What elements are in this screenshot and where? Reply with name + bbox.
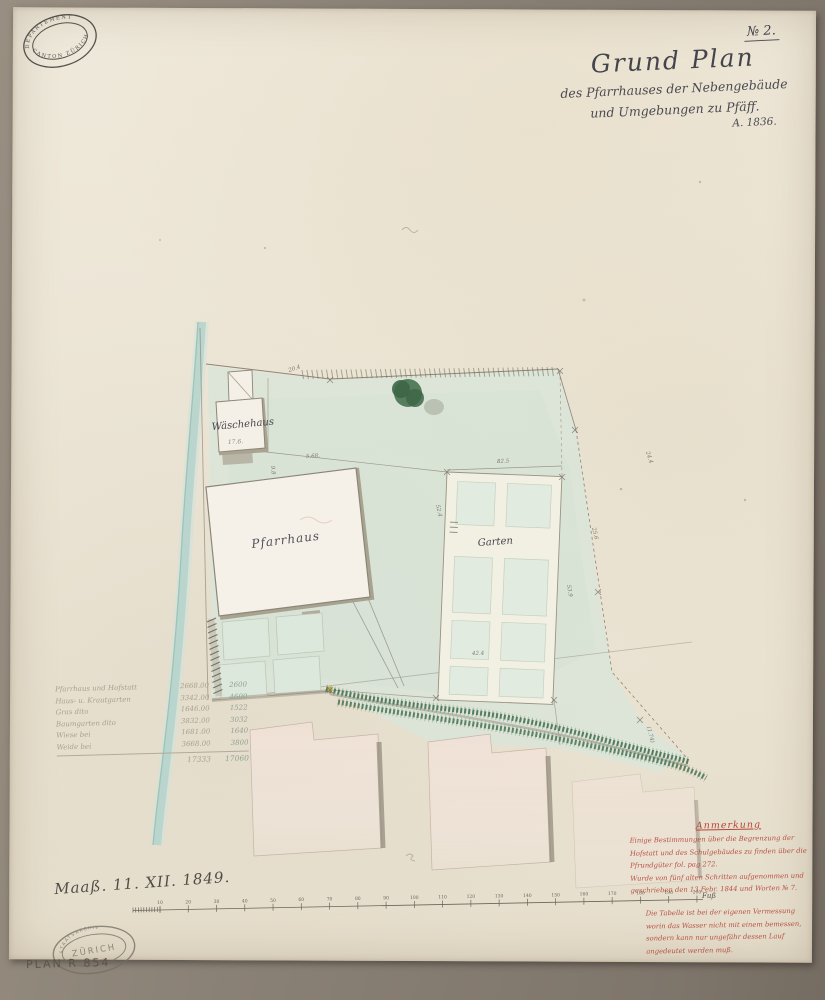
gray-smudge <box>424 399 444 415</box>
scale-tick-label: 10 <box>157 900 163 906</box>
dimension-label: 9.8 <box>269 466 276 476</box>
scale-tick-label: 30 <box>214 899 220 905</box>
scale-tick-label: 20 <box>185 899 191 905</box>
sheet-number: № 2. <box>744 23 780 42</box>
scale-tick-label: 160 <box>580 892 589 898</box>
stream <box>153 322 202 845</box>
measurement-rows: Pfarrhaus und Hofstatt2668.002600Haus- u… <box>55 680 249 755</box>
red-note-block-1: Anmerkung Einige Bestimmungen über die B… <box>629 818 825 897</box>
department-stamp-top-text: DEPARTEMENT <box>18 11 79 51</box>
scale-tick-label: 100 <box>410 895 419 901</box>
dimension-label: 5.68. <box>306 453 321 460</box>
note-paragraph-1: Einige Bestimmungen über die Begrenzung … <box>630 831 825 897</box>
total-col-b: 17060 <box>211 753 249 763</box>
scale-bar: 1020304050607080901001101201301401501601… <box>133 890 703 913</box>
m-b: 3800 <box>210 737 248 750</box>
m-b: 1522 <box>210 703 248 716</box>
m-b: 1640 <box>210 726 248 739</box>
svg-text:DEPARTEMENT: DEPARTEMENT <box>18 11 79 51</box>
title-block: Grund Plan des Pfarrhauses der Nebengebä… <box>526 40 821 139</box>
washhouse-area: 17.6. <box>228 438 244 446</box>
total-col-a: 17333 <box>165 754 211 764</box>
m-a: 3668.00 <box>164 738 210 751</box>
red-note-block-2: Die Tabelle ist bei der eigenen Vermessu… <box>646 904 825 957</box>
plan-number: PLAN R 854 <box>26 956 111 971</box>
scale-tick-label: 120 <box>467 894 476 900</box>
svg-text:CANTON ZÜRICH: CANTON ZÜRICH <box>30 31 95 67</box>
garden-plot <box>438 472 562 704</box>
scale-tick-label: 40 <box>242 898 248 904</box>
scale-tick-label: 170 <box>608 891 617 897</box>
department-stamp: DEPARTEMENT CANTON ZÜRICH <box>17 6 103 76</box>
scale-tick-label: 70 <box>327 897 333 903</box>
scale-tick-label: 150 <box>551 892 560 898</box>
scale-tick-label: 90 <box>383 896 389 902</box>
department-stamp-bottom-text: CANTON ZÜRICH <box>30 31 95 67</box>
scale-tick-label: 130 <box>495 893 504 899</box>
dimension-label: 20.4 <box>287 364 302 374</box>
note-heading: Anmerkung <box>629 818 825 832</box>
scanned-plan-sheet: Wäschehaus 17.6. Pfarrhaus Garten 5.68.8… <box>0 0 825 1000</box>
dimension-label: 82.5 <box>497 459 510 465</box>
scale-tick-label: 140 <box>523 893 532 899</box>
scale-tick-label: 50 <box>270 898 276 904</box>
dimension-label: 42.4 <box>471 651 485 657</box>
m-b: 4600 <box>209 691 247 704</box>
dimension-label: 24.4 <box>644 450 654 465</box>
m-b: 2600 <box>209 680 247 693</box>
m-b: 3032 <box>210 714 248 727</box>
scale-tick-label: 110 <box>438 894 447 900</box>
measurement-table: Pfarrhaus und Hofstatt2668.002600Haus- u… <box>55 680 249 768</box>
scale-tick-label: 80 <box>355 896 361 902</box>
note-paragraph-2: Die Tabelle ist bei der eigenen Vermessu… <box>646 904 825 957</box>
scale-tick-label: 60 <box>298 897 304 903</box>
